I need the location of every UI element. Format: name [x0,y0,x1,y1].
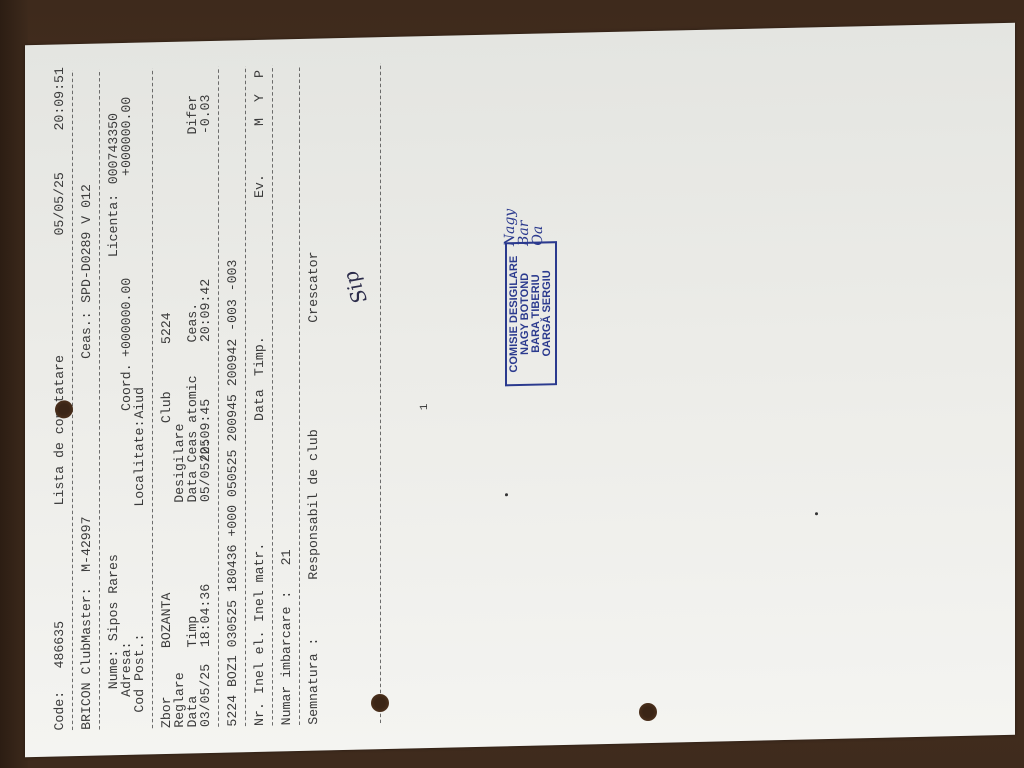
code-label: Code: [53,691,66,731]
ring-headers-row: Nr. Inel el. Inel matr. Data Timp. Ev. M… [253,66,266,726]
license-label: Licenta: [107,194,120,258]
punch-hole-left [371,694,389,712]
desk-surface [0,0,28,768]
locality-value: Aiud [133,387,146,419]
postal-label: Cod Post.: [133,633,146,712]
flight-values-row: 03/05/25 18:04:36 05/05/25 20:09:45 20:0… [199,67,212,727]
divider [380,63,381,723]
coord-y: +000000.00 [120,97,133,176]
code-value: 486635 [53,621,66,669]
desig-atomic: 20:09:45 [199,399,212,463]
signature-3: Oa [531,208,545,246]
desig-clock: 20:09:42 [199,279,212,343]
breeder-signature: Sip [344,270,367,305]
document-content: Code: 486635 Lista de constatare 05/05/2… [53,63,388,731]
locality-label: Localitate: [133,419,146,506]
printed-document: Code: 486635 Lista de constatare 05/05/2… [25,23,1015,757]
signature-1: Nagy [503,209,517,247]
desig-diff: -0.03 [199,94,212,134]
boarding-value: 21 [280,549,293,565]
boarding-row: Numar imbarcare : 21 [280,65,293,725]
divider [152,68,153,728]
software-label: BRICON ClubMaster: [80,587,93,730]
paper-speck [815,512,818,515]
signature-label: Semnatura : [307,637,320,724]
name-value: Sipos Rares [107,554,120,641]
divider [218,67,219,727]
data-line: 5224 BOZ1 030525 180436 +000 050525 2009… [226,66,239,726]
reglare-time: 18:04:36 [199,584,212,648]
club-value: 5224 [160,312,173,344]
clock-label: Ceas.: [80,311,93,359]
reglare-date: 03/05/25 [199,664,212,728]
breeder-label: Crescator [307,251,320,323]
owner-postal-row: Cod Post.: Localitate: Aiud [133,68,146,728]
divider [299,65,300,725]
nr-header: Nr. [253,702,266,726]
stamp-line: OARGĂ SERGIU [542,249,553,377]
commission-stamp: COMISIE DESIGILARE NAGY BOTOND BARA TIBE… [505,241,557,386]
inel-el-header: Inel el. [253,630,266,694]
zbor-value: BOZANTA [160,592,173,648]
commission-signatures: Nagy Bar Oa [503,208,545,246]
m-header: M [253,118,266,126]
document-title: Lista de constatare [53,355,66,506]
boarding-label: Numar imbarcare : [280,591,293,726]
flight-row: Zbor BOZANTA Club 5224 [160,68,173,728]
software-row: BRICON ClubMaster: M-42997 Ceas.: SPD-D0… [80,70,93,730]
print-date: 05/05/25 [53,172,66,236]
divider [72,70,73,730]
club-responsible-label: Responsabil de club [307,429,320,580]
inel-matr-header: Inel matr. [253,543,266,622]
divider [272,66,273,726]
page-number: 1 [419,403,432,410]
signature-row: Semnatura : Responsabil de club Crescato… [307,65,320,725]
paper-speck [505,493,508,496]
signature-2: Bar [517,208,531,246]
print-time: 20:09:51 [53,67,66,131]
y-header: Y [253,94,266,102]
punch-hole-right [639,703,657,721]
coord-x: +000000.00 [120,278,133,357]
timp-header: Timp. [253,336,266,376]
data-header: Data [253,389,266,421]
divider [245,66,246,726]
clock-id: SPD-D0289 V 012 [80,184,93,303]
club-label: Club [160,391,173,423]
divider [99,70,100,730]
software-id: M-42997 [80,516,93,572]
ev-header: Ev. [253,174,266,198]
p-header: P [253,70,266,78]
